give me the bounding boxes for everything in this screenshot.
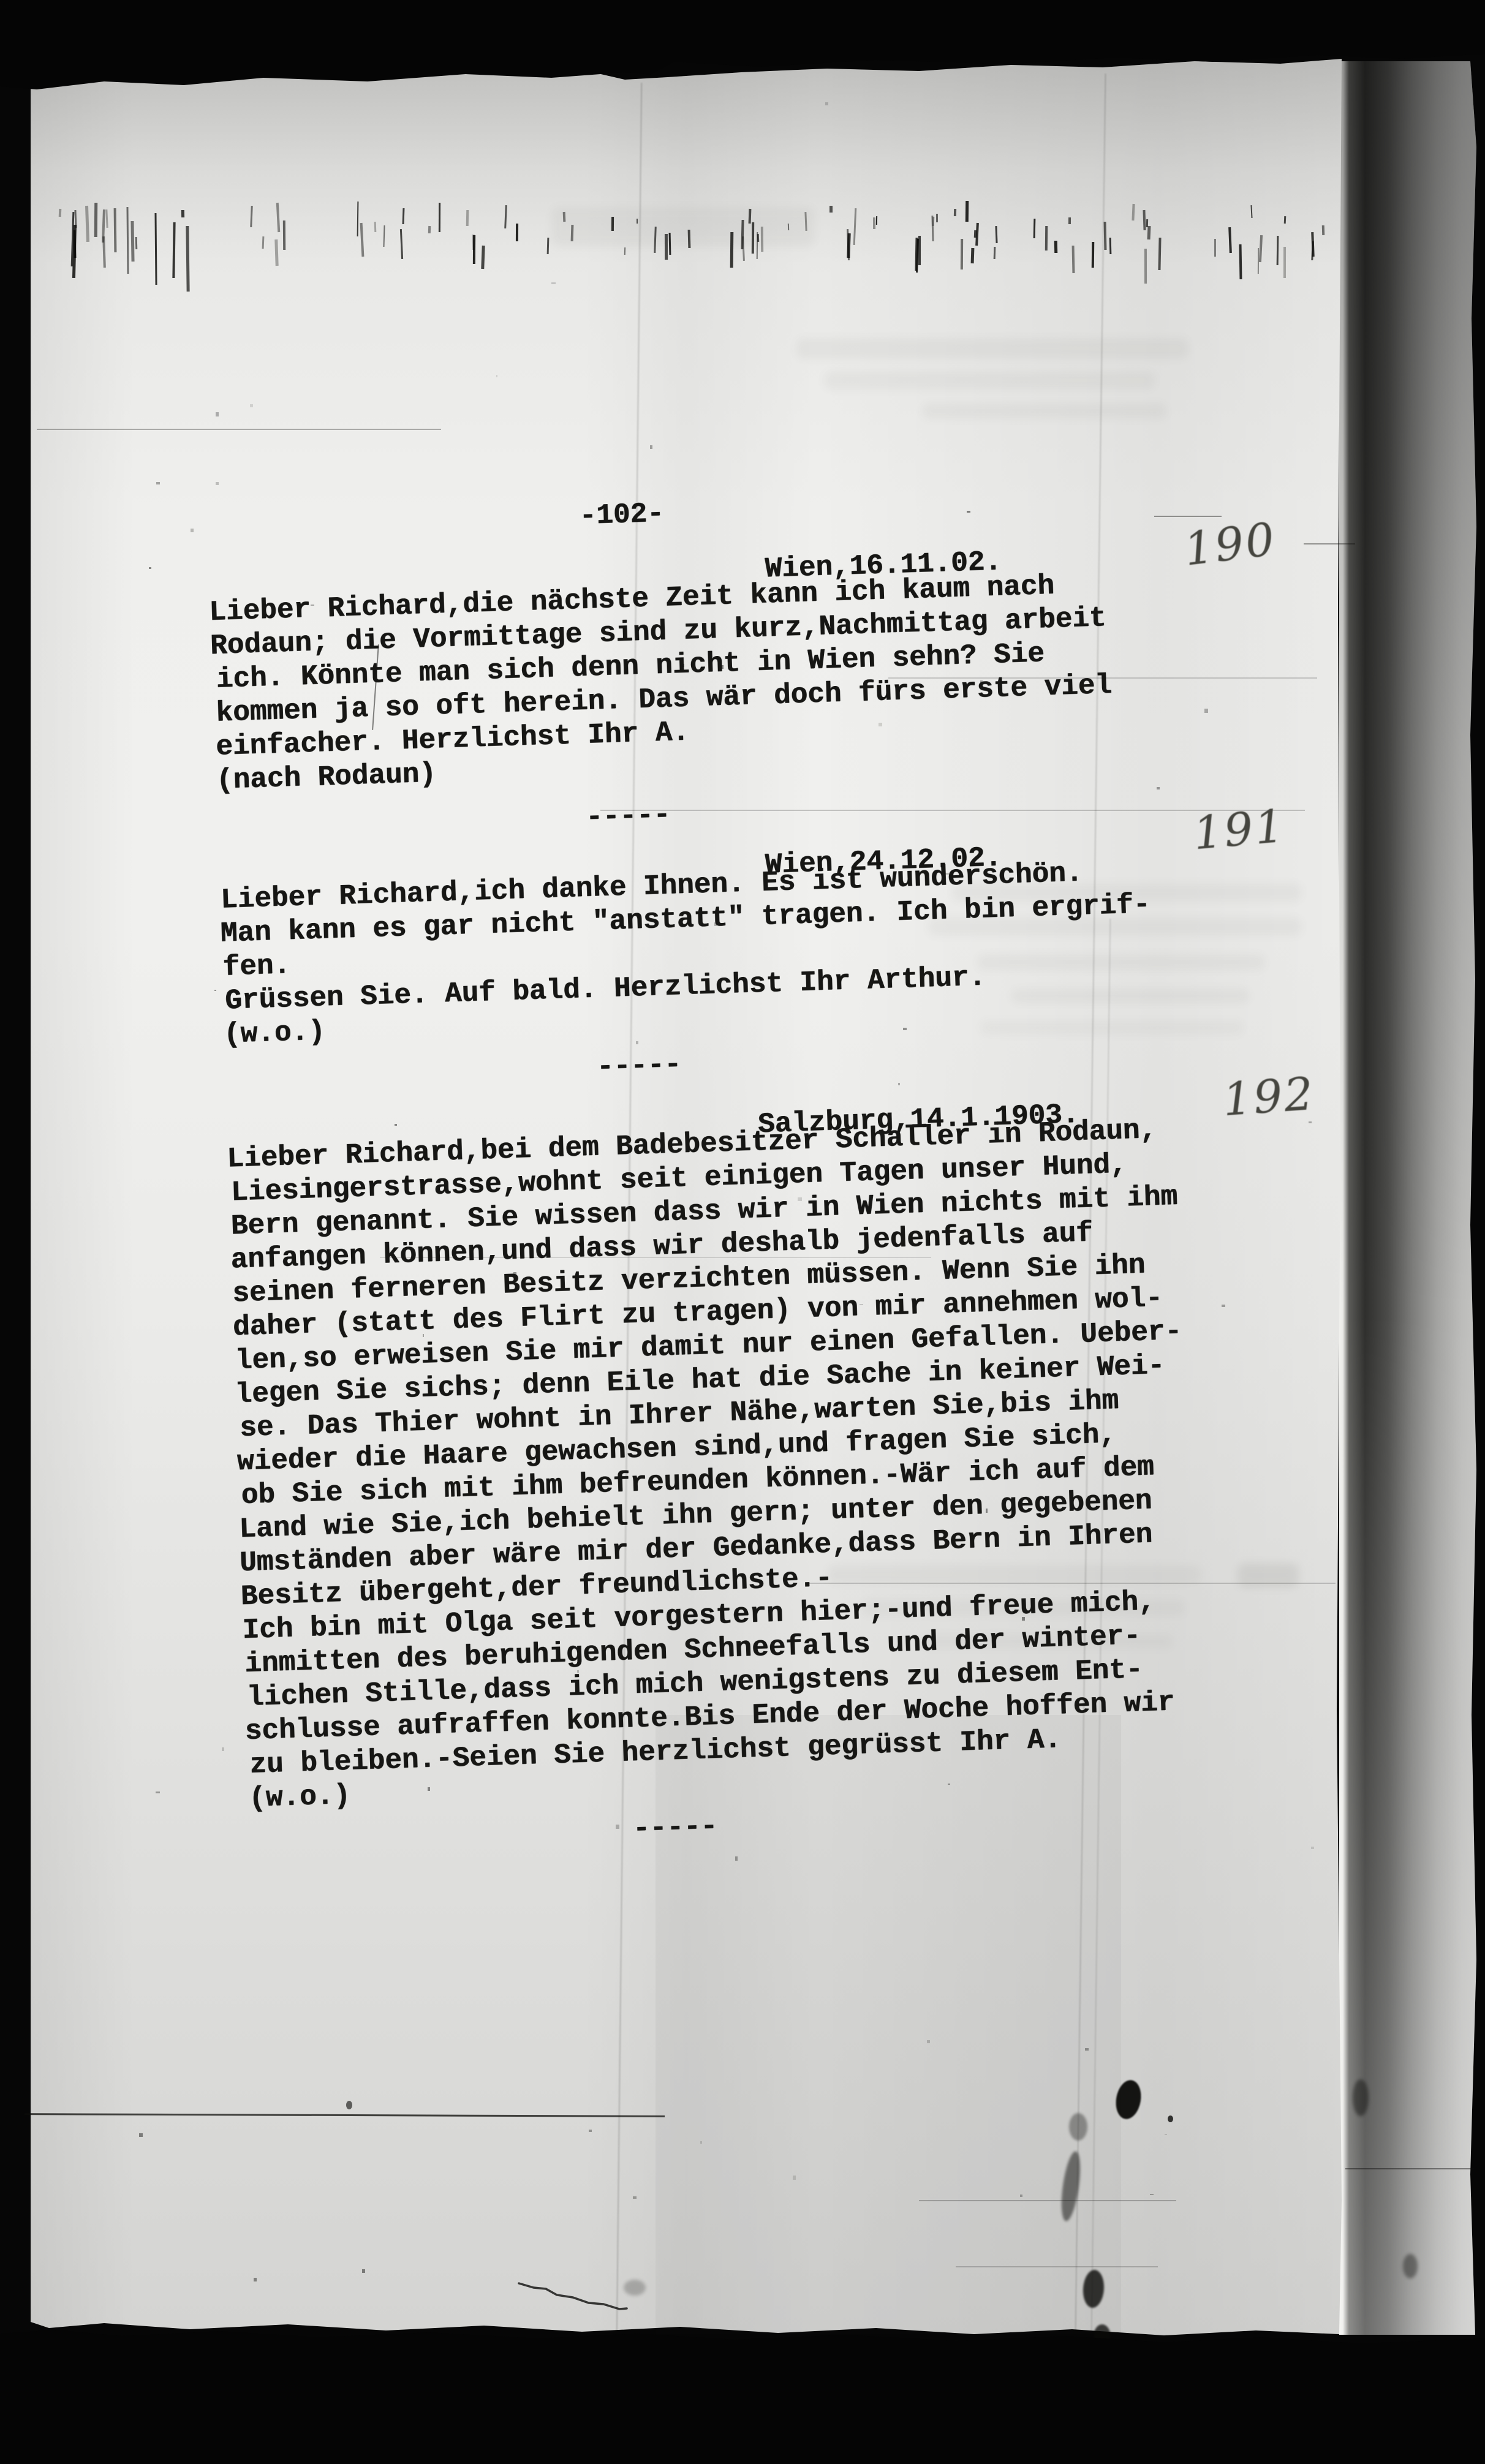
dust-speck (700, 2141, 702, 2144)
letter-3-separator: ----- (632, 1811, 718, 1844)
film-scratch-mark (1239, 244, 1242, 279)
film-scratch-mark (283, 220, 286, 250)
ink-stain (1403, 2254, 1418, 2278)
frame-number-192: 192 (1221, 1068, 1317, 1126)
film-scratch-mark (113, 208, 116, 252)
microfilm-scan: { "page": { "page_number": "-102-", "fil… (0, 0, 1485, 2464)
hairline-scratch (1345, 2168, 1474, 2169)
frame-number-191: 191 (1192, 800, 1288, 861)
film-scratch-mark (1068, 217, 1071, 224)
dust-speck (191, 529, 194, 532)
film-scratch-mark (1045, 226, 1048, 251)
ink-stain (1353, 2079, 1369, 2116)
dust-speck (633, 2196, 637, 2199)
dust-speck (1309, 1121, 1312, 1124)
dust-speck (1165, 2134, 1167, 2135)
film-scratch-mark (965, 201, 969, 222)
frame-number-190: 190 (1181, 513, 1279, 576)
film-scratch-mark (472, 235, 474, 250)
dust-speck (927, 2040, 930, 2043)
film-scratch-mark (58, 209, 61, 217)
film-scratch-mark (994, 246, 996, 258)
film-scratch-mark (94, 203, 97, 237)
film-scratch-mark (1054, 241, 1057, 253)
film-scratch-mark (126, 207, 129, 274)
dust-speck (149, 567, 151, 569)
ink-stain (624, 2280, 646, 2296)
film-scratch-mark (974, 230, 977, 238)
film-scratch-mark (466, 210, 468, 226)
film-scratch-mark (1144, 249, 1147, 284)
hairline-scratch (919, 2200, 1176, 2201)
dust-speck (156, 482, 159, 484)
ink-stain (1168, 2115, 1173, 2122)
film-scratch-mark (936, 214, 939, 222)
ghost-bleed-through (1237, 1563, 1299, 1588)
film-scratch-mark (624, 247, 626, 255)
film-scratch-mark (1092, 242, 1095, 268)
dust-speck (254, 2278, 257, 2281)
film-bottom-bar (0, 2321, 1485, 2464)
hairline-scratch (37, 429, 441, 430)
page-number: -102- (579, 499, 665, 532)
dust-speck (496, 375, 497, 377)
dust-speck (650, 445, 652, 449)
ghost-bleed-through (796, 338, 1188, 359)
film-scratch-mark (1322, 225, 1324, 235)
letter-2-separator: ----- (596, 1049, 682, 1082)
dust-speck (1311, 1847, 1314, 1849)
dust-speck (216, 482, 219, 486)
film-scratch-mark (873, 217, 875, 229)
film-scratch-mark (730, 232, 733, 268)
dust-speck (825, 102, 828, 105)
dust-speck (222, 1747, 224, 1751)
letter-2-line: fen. (222, 950, 291, 982)
dust-speck (156, 1791, 160, 1793)
ink-stain (1069, 2113, 1087, 2141)
letter-3-line: (w.o.) (248, 1780, 350, 1814)
hairline-scratch (1304, 543, 1355, 544)
dust-speck (216, 412, 219, 416)
film-scratch-mark (357, 202, 358, 236)
film-scratch-mark (516, 224, 519, 241)
film-scratch-mark (428, 226, 431, 233)
ghost-bleed-through (824, 371, 1155, 390)
dust-speck (1150, 2194, 1154, 2195)
film-scratch-mark (749, 209, 752, 224)
letter-2-line: Grüssen Sie. Auf bald. Herzlichst Ihr Ar… (224, 962, 986, 1017)
dust-speck (793, 2176, 796, 2180)
dust-speck (1085, 2048, 1089, 2050)
film-scratch-mark (611, 217, 613, 231)
dust-speck (214, 990, 216, 991)
letter-2-line: (w.o.) (223, 1016, 325, 1050)
letter-1-separator: ----- (585, 800, 671, 833)
letter-1-line: (nach Rodaun) (216, 759, 436, 796)
film-scratch-mark (1283, 247, 1286, 278)
dust-speck (139, 2133, 143, 2137)
film-scratch-mark (181, 210, 184, 217)
dust-speck (362, 2269, 365, 2273)
dust-speck (589, 2130, 592, 2132)
film-scratch-mark (918, 236, 921, 265)
ghost-bleed-through (922, 403, 1167, 419)
hairline-scratch (956, 2266, 1158, 2267)
film-scratch-mark (761, 227, 763, 252)
film-scratch-mark (665, 234, 668, 260)
film-scratch-mark (687, 230, 690, 248)
film-scratch-mark (262, 236, 263, 249)
ink-stain (346, 2101, 352, 2109)
film-scratch-mark (130, 221, 134, 262)
film-scratch-mark (961, 239, 963, 269)
film-scratch-mark (953, 209, 956, 216)
film-scratch-mark (1258, 248, 1260, 274)
film-scratch-mark (637, 219, 638, 224)
film-scratch-mark (1109, 238, 1112, 254)
dust-speck (551, 282, 555, 284)
typed-content: -102- Wien,16.11.02.Lieber Richard,die n… (208, 477, 1244, 1916)
film-scratch-mark (804, 212, 807, 231)
dust-speck (250, 404, 252, 407)
film-scratch-mark (829, 206, 833, 213)
film-scratch-mark (1276, 236, 1279, 265)
ghost-bleed-through (551, 207, 815, 246)
paper-stack-edge-shadow (1339, 61, 1476, 2335)
dust-speck (1020, 2195, 1022, 2197)
film-scratch-mark (135, 237, 138, 249)
film-scratch-mark (1214, 239, 1216, 257)
